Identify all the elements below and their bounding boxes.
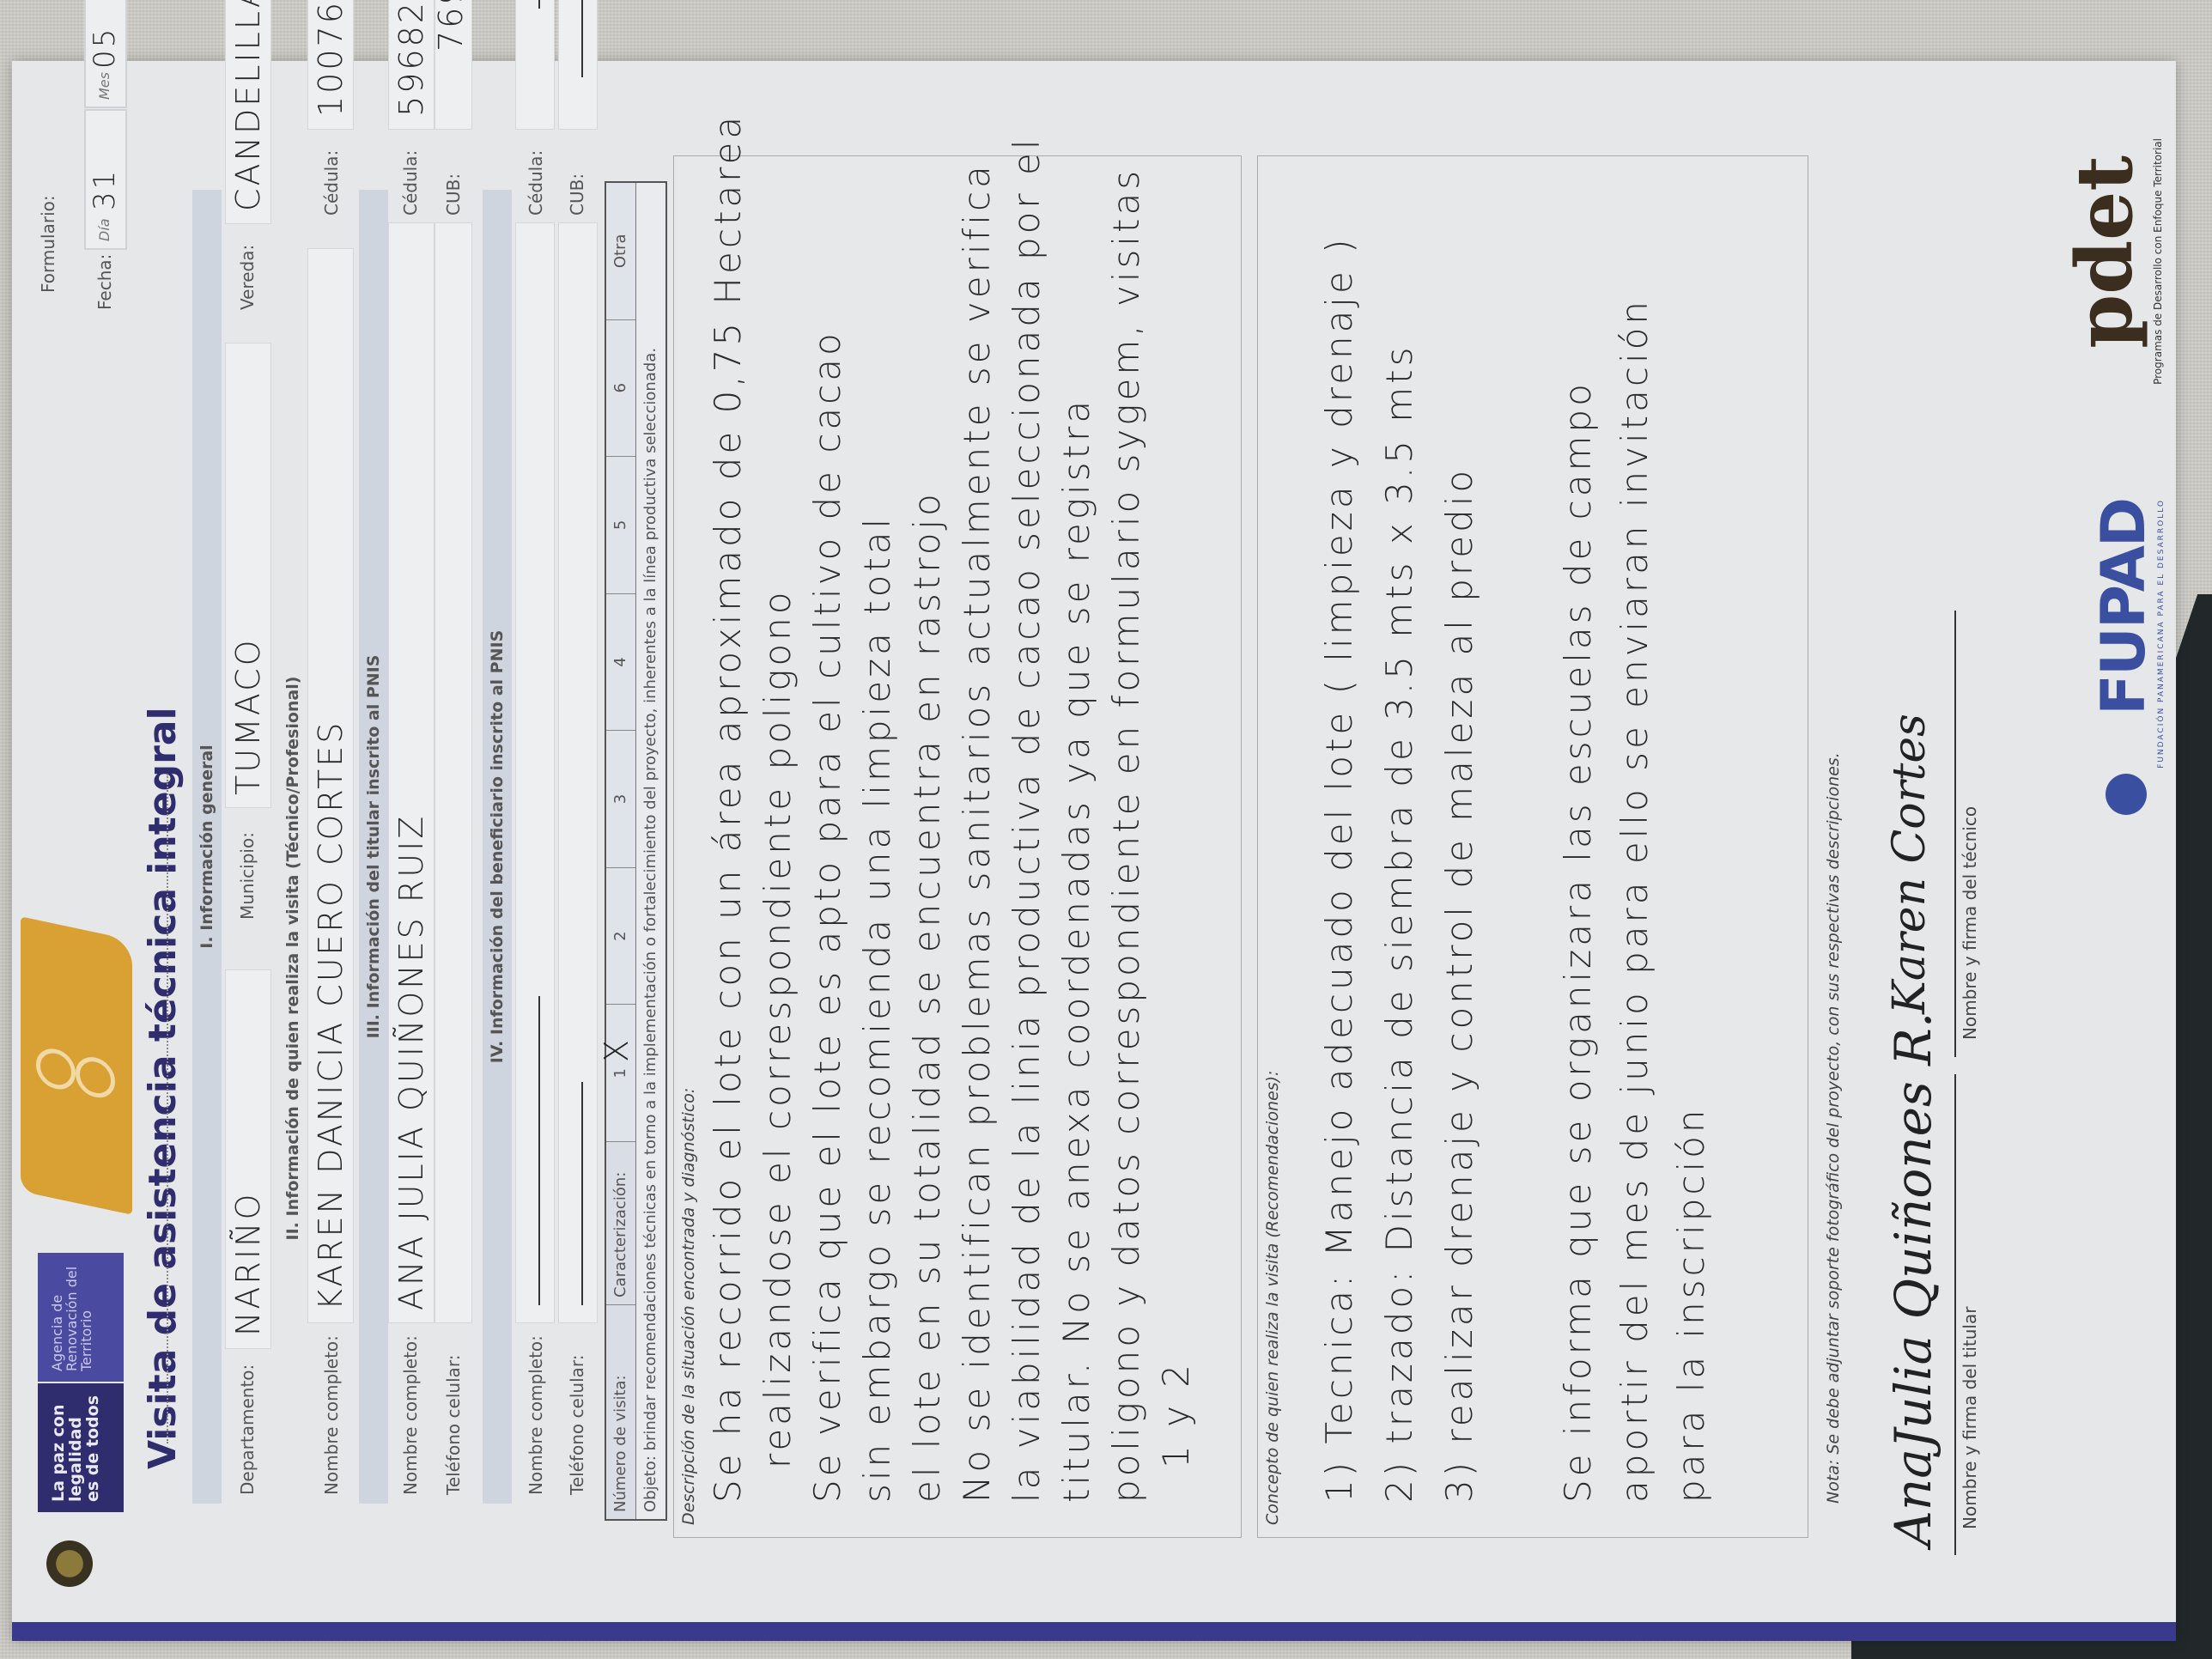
footer-logos: FUPAD FUNDACIÓN PANAMERICANA PARA EL DES… xyxy=(2047,87,2159,1607)
visit-option-4[interactable]: 4 xyxy=(606,593,635,731)
visit-option-1[interactable]: 1X xyxy=(606,1004,635,1141)
concepto-line xyxy=(1490,173,1550,1503)
descripcion-line: el lote en su totalidad se encuentra en … xyxy=(902,173,952,1503)
concepto-box[interactable]: Concepto de quien realiza la visita (Rec… xyxy=(1257,155,1808,1538)
vereda-label: Vereda: xyxy=(237,245,258,310)
fupad-logo: FUPAD xyxy=(2088,499,2159,715)
descripcion-line: Se verifica que el lote es apto para el … xyxy=(803,173,853,1503)
caracterizacion-label: Caracterización: xyxy=(606,1141,635,1304)
dia-label: Día xyxy=(96,218,112,241)
section-3-band: III. Información del titular inscrito al… xyxy=(359,190,388,1504)
municipio-field[interactable]: TUMACO xyxy=(225,343,271,808)
municipio-value: TUMACO xyxy=(229,637,267,795)
fecha-mes-field[interactable]: Mes 05 xyxy=(84,0,127,108)
navy-edge-bar xyxy=(12,1622,2176,1641)
titular-telefono-field[interactable] xyxy=(434,222,472,1323)
mes-value: 05 xyxy=(88,27,122,69)
concepto-lines: 1) Tecnica: Manejo adecuado del lote ( l… xyxy=(1310,173,1720,1503)
spiral-icon xyxy=(76,1054,115,1102)
tecnico-cedula-field[interactable]: 1007645437 xyxy=(307,0,354,130)
beneficiario-nombre-field[interactable] xyxy=(515,222,555,1323)
tecnico-nombre-value: KAREN DANICIA CUERO CORTES xyxy=(312,720,349,1310)
pdet-subtitle: Programas de Desarrollo con Enfoque Terr… xyxy=(2152,138,2164,385)
titular-nombre-field[interactable]: ANA JULIA QUIÑONES RUIZ xyxy=(388,222,434,1323)
titular-cub-label: CUB: xyxy=(443,173,464,216)
beneficiario-cedula-field[interactable] xyxy=(515,0,555,130)
section-1-band: I. Información general xyxy=(192,190,222,1504)
visit-number-table: Número de visita: Caracterización: 1X 2 … xyxy=(605,181,667,1521)
option-label: 4 xyxy=(611,657,629,666)
dia-value: 31 xyxy=(88,168,122,210)
titular-telefono-label: Teléfono celular: xyxy=(443,1355,464,1496)
vereda-value: CANDELILLAS xyxy=(229,0,267,211)
spiral-icon xyxy=(36,1045,76,1093)
section-3-title: III. Información del titular inscrito al… xyxy=(364,190,383,1504)
pdet-logo: pdet xyxy=(2059,155,2150,349)
tecnico-nombre-field[interactable]: KAREN DANICIA CUERO CORTES xyxy=(307,248,354,1323)
section-1-title: I. Información general xyxy=(197,190,216,1504)
visit-option-2[interactable]: 2 xyxy=(606,867,635,1005)
titular-cedula-label: Cédula: xyxy=(400,150,421,216)
descripcion-line: No se identifican problemas sanitarios a… xyxy=(952,173,1002,1503)
empty-strike-line xyxy=(581,1082,583,1305)
beneficiario-nombre-label: Nombre completo: xyxy=(526,1335,546,1495)
section-4-band: IV. Información del beneficiario inscrit… xyxy=(483,190,512,1504)
descripcion-box[interactable]: Descripción de la situación encontrada y… xyxy=(673,155,1242,1538)
visit-option-otra[interactable]: Otra xyxy=(606,183,635,319)
logo-agencia-renovacion: Agencia de Renovación del Territorio xyxy=(38,1253,124,1382)
tecnico-cedula-value: 1007645437 xyxy=(312,0,349,117)
vereda-field[interactable]: CANDELILLAS xyxy=(225,0,271,224)
fupad-subtitle: FUNDACIÓN PANAMERICANA PARA EL DESARROLL… xyxy=(2157,499,2166,769)
descripcion-line: sin embargo se recomienda una limpieza t… xyxy=(853,173,902,1503)
titular-nombre-label: Nombre completo: xyxy=(400,1335,421,1495)
empty-strike-line xyxy=(538,996,540,1305)
concepto-line: 2) trazado: Distancia de siembra de 3.5 … xyxy=(1370,173,1430,1503)
objeto-text: Objeto: brindar recomendaciones técnicas… xyxy=(636,341,665,1519)
descripcion-line: poligono y datos correspondiente en form… xyxy=(1102,173,1152,1503)
fecha-label: Fecha: xyxy=(94,254,115,310)
empty-strike-line xyxy=(538,0,540,9)
tecnico-nombre-label: Nombre completo: xyxy=(321,1335,342,1495)
logo-paz-legalidad: La paz con legalidad es de todos xyxy=(38,1383,124,1512)
concepto-heading: Concepto de quien realiza la visita (Rec… xyxy=(1263,1071,1282,1525)
concepto-line: Se informa que se organizara las escuela… xyxy=(1550,173,1607,1503)
fecha-dia-field[interactable]: Día 31 xyxy=(84,109,127,250)
option-label: 6 xyxy=(611,383,629,392)
colombia-crest-icon xyxy=(46,1538,98,1589)
section-2-title: II. Información de quien realiza la visi… xyxy=(283,430,302,1486)
tecnico-cedula-label: Cédula: xyxy=(321,150,342,216)
option-label: 3 xyxy=(611,794,629,804)
tecnico-signature: Karen Cortes xyxy=(1884,714,1935,1014)
descripcion-line: la viabilidad de la linia productiva de … xyxy=(1002,173,1052,1503)
option-label: 5 xyxy=(611,520,629,530)
page-title: Visita de asistencia técnica integral xyxy=(141,707,185,1469)
titular-signature-label: Nombre y firma del titular xyxy=(1960,1307,1980,1529)
titular-nombre-value: ANA JULIA QUIÑONES RUIZ xyxy=(392,814,430,1310)
titular-signature-line xyxy=(1954,1074,1956,1555)
visit-option-5[interactable]: 5 xyxy=(606,456,635,593)
section-2-band: II. Información de quien realiza la visi… xyxy=(278,430,307,1486)
beneficiario-cub-field[interactable] xyxy=(558,0,598,130)
form-sheet: La paz con legalidad es de todos Agencia… xyxy=(12,61,2176,1641)
concepto-line: para la inscripción xyxy=(1663,173,1720,1503)
empty-strike-line xyxy=(581,0,583,77)
titular-cedula-field[interactable]: 59682529 xyxy=(388,0,434,130)
beneficiario-telefono-label: Teléfono celular: xyxy=(567,1355,587,1496)
option-label: Otra xyxy=(611,234,629,268)
beneficiario-cub-label: CUB: xyxy=(567,173,587,216)
visit-option-6[interactable]: 6 xyxy=(606,319,635,457)
beneficiario-telefono-field[interactable] xyxy=(558,222,598,1323)
descripcion-line: realizandose el correspondiente poligono xyxy=(753,173,803,1503)
descripcion-lines: Se ha recorrido el lote con un área apro… xyxy=(703,173,1201,1503)
visit-number-row: Número de visita: Caracterización: 1X 2 … xyxy=(606,183,636,1519)
descripcion-line: Se ha recorrido el lote con un área apro… xyxy=(703,173,753,1503)
departamento-label: Departamento: xyxy=(237,1364,258,1495)
numero-visita-label: Número de visita: xyxy=(606,1304,635,1519)
titular-cedula-value: 59682529 xyxy=(392,0,430,117)
formulario-label: Formulario: xyxy=(38,195,58,293)
section-4-title: IV. Información del beneficiario inscrit… xyxy=(488,190,507,1504)
concepto-line: 3) realizar drenaje y control de maleza … xyxy=(1430,173,1490,1503)
tecnico-signature-line xyxy=(1954,611,1956,1057)
titular-cub-value: 769823 xyxy=(432,0,470,52)
visit-option-3[interactable]: 3 xyxy=(606,730,635,867)
departamento-value: NARIÑO xyxy=(229,1192,267,1336)
titular-cub-field[interactable]: 769823 xyxy=(434,0,472,130)
descripcion-line: 1 y 2 xyxy=(1152,173,1201,1503)
mes-label: Mes xyxy=(96,72,112,100)
municipio-label: Municipio: xyxy=(237,832,258,920)
fupad-globe-icon xyxy=(2106,774,2147,815)
descripcion-line: titular. No se anexa coordenadas ya que … xyxy=(1052,173,1102,1503)
form-header: La paz con legalidad es de todos Agencia… xyxy=(12,87,192,1607)
pnis-orange-logo-icon xyxy=(21,916,132,1215)
descripcion-heading: Descripción de la situación encontrada y… xyxy=(679,1088,698,1525)
departamento-field[interactable]: NARIÑO xyxy=(225,969,271,1349)
nota-text: Nota: Se debe adjuntar soporte fotográfi… xyxy=(1824,752,1843,1504)
title-divider xyxy=(167,774,168,1443)
beneficiario-cedula-label: Cédula: xyxy=(526,150,546,216)
selected-mark: X xyxy=(598,1037,635,1062)
option-label: 2 xyxy=(611,931,629,940)
objeto-row: Objeto: brindar recomendaciones técnicas… xyxy=(636,183,665,1519)
titular-signature: AnaJulia Quiñones R. xyxy=(1884,1012,1942,1547)
concepto-line: aportir del mes de junio para ello se en… xyxy=(1607,173,1663,1503)
concepto-line: 1) Tecnica: Manejo adecuado del lote ( l… xyxy=(1310,173,1370,1503)
option-label: 1 xyxy=(611,1068,629,1078)
tecnico-signature-label: Nombre y firma del técnico xyxy=(1960,806,1980,1040)
